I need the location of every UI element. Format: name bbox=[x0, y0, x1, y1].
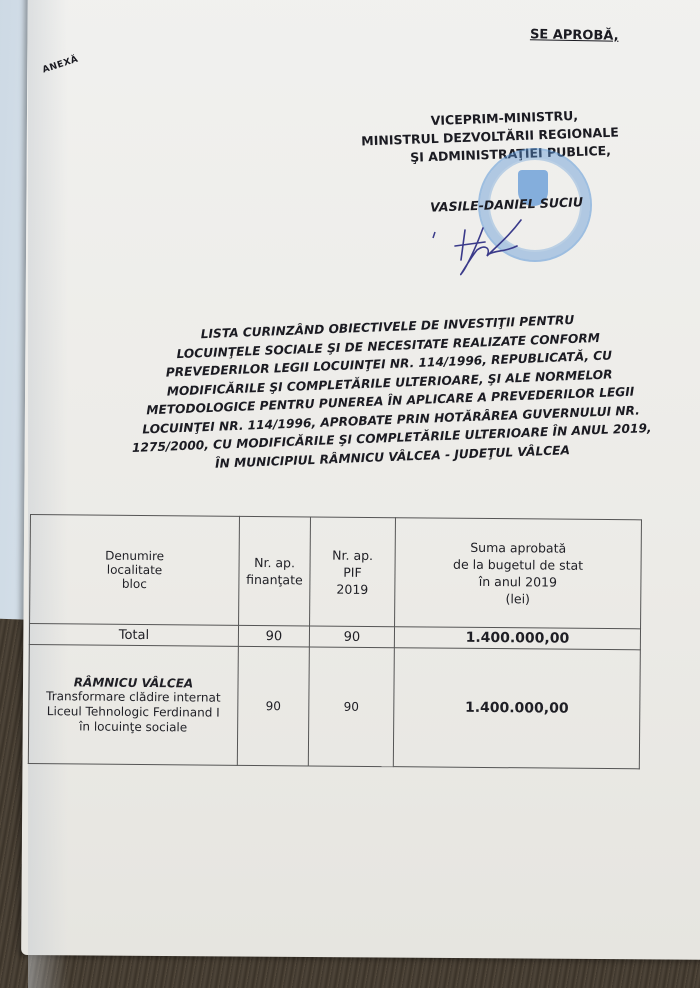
total-apartments-financed: 90 bbox=[238, 625, 309, 647]
header-apartments-financed: Nr. ap. finanţate bbox=[239, 516, 311, 626]
document-title: LISTA CURINZÂND OBIECTIVELE DE INVESTIŢI… bbox=[117, 308, 662, 477]
total-apartments-pif: 90 bbox=[309, 626, 394, 648]
row-apartments-pif: 90 bbox=[308, 647, 394, 767]
table-row: RÂMNICU VÂLCEA Transformare clădire inte… bbox=[28, 644, 640, 768]
table-header-row: Denumire localitate bloc Nr. ap. finanţa… bbox=[30, 515, 642, 629]
header-locality: Denumire localitate bloc bbox=[30, 515, 240, 626]
row-amount: 1.400.000,00 bbox=[393, 648, 640, 769]
header-apartments-pif: Nr. ap. PIF 2019 bbox=[310, 517, 396, 627]
approval-label: SE APROBĂ, bbox=[530, 27, 619, 44]
header-approved-amount: Suma aprobată de la bugetul de stat în a… bbox=[395, 518, 642, 629]
total-label: Total bbox=[29, 624, 238, 647]
investment-table: Denumire localitate bloc Nr. ap. finanţa… bbox=[28, 514, 642, 769]
signature-mark bbox=[425, 200, 545, 280]
row-locality: RÂMNICU VÂLCEA Transformare clădire inte… bbox=[28, 644, 238, 765]
row-apartments-financed: 90 bbox=[237, 646, 309, 766]
total-amount: 1.400.000,00 bbox=[394, 627, 640, 650]
signatory-block: VICEPRIM-MINISTRU, MINISTRUL DEZVOLTĂRII… bbox=[349, 105, 631, 169]
